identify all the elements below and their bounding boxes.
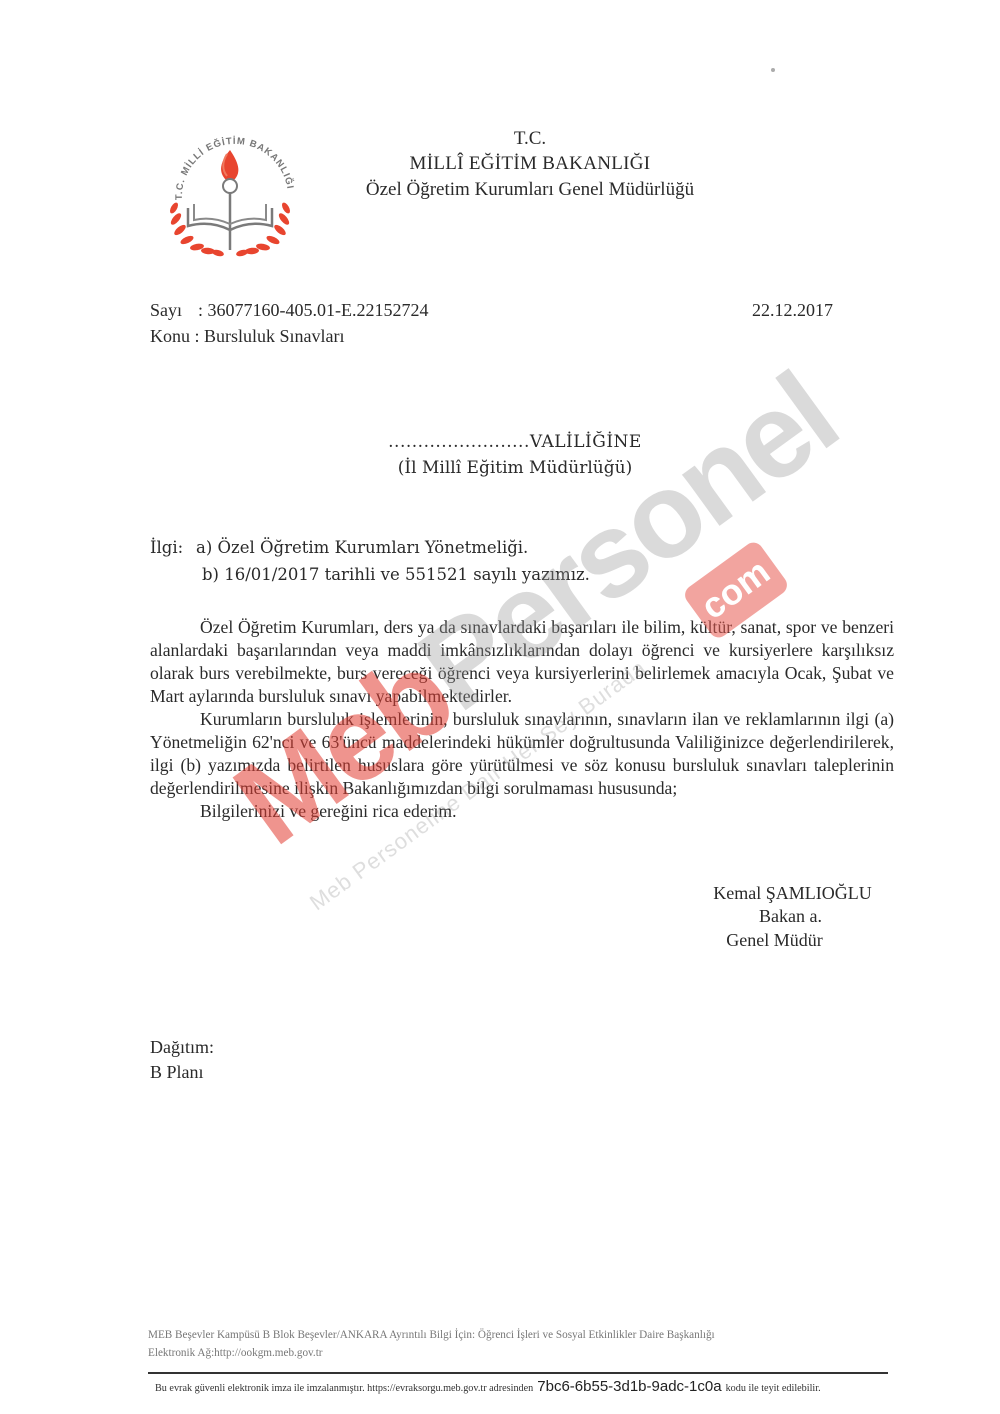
addressee-line2: (İl Millî Eğitim Müdürlüğü)	[330, 458, 700, 478]
body-paragraph-3: Bilgilerinizi ve gereğini rica ederim.	[150, 800, 894, 823]
header-state: T.C.	[330, 128, 730, 150]
document-date: 22.12.2017	[752, 300, 833, 321]
reference-b: b) 16/01/2017 tarihli ve 551521 sayılı y…	[202, 565, 590, 584]
konu-value: : Bursluluk Sınavları	[195, 326, 345, 346]
konu-label: Konu	[150, 326, 190, 346]
footer-verification: Bu evrak güvenli elektronik imza ile imz…	[155, 1378, 821, 1395]
verify-suffix: kodu ile teyit edilebilir.	[726, 1383, 821, 1394]
letter-body: Özel Öğretim Kurumları, ders ya da sınav…	[150, 616, 894, 823]
verify-prefix: Bu evrak güvenli elektronik imza ile imz…	[155, 1383, 533, 1394]
footer-web[interactable]: Elektronik Ağ:http://ookgm.meb.gov.tr	[148, 1347, 323, 1359]
addressee-line1: ........................VALİLİĞİNE	[330, 432, 700, 452]
ministry-logo: T.C. MİLLİ EĞİTİM BAKANLIĞI	[160, 122, 300, 262]
distribution-label: Dağıtım:	[150, 1037, 214, 1058]
footer-address: MEB Beşevler Kampüsü B Blok Beşevler/ANK…	[148, 1329, 715, 1341]
verify-code: 7bc6-6b55-3d1b-9adc-1c0a	[537, 1378, 721, 1395]
scan-speck	[771, 68, 775, 72]
footer-divider	[148, 1372, 888, 1374]
signatory-on-behalf: Bakan a.	[688, 906, 893, 927]
header-directorate: Özel Öğretim Kurumları Genel Müdürlüğü	[330, 179, 730, 201]
reference-a-text: a) Özel Öğretim Kurumları Yönetmeliği.	[196, 538, 528, 557]
document-number: Sayı: 36077160-405.01-E.22152724	[150, 300, 428, 321]
distribution-value: B Planı	[150, 1062, 204, 1083]
reference-label: İlgi:	[150, 538, 196, 557]
reference-a: İlgi:a) Özel Öğretim Kurumları Yönetmeli…	[150, 538, 528, 557]
sayi-label: Sayı	[150, 300, 198, 321]
signatory-name: Kemal ŞAMLIOĞLU	[690, 883, 895, 904]
header-ministry: MİLLÎ EĞİTİM BAKANLIĞI	[330, 153, 730, 175]
document-subject: Konu : Bursluluk Sınavları	[150, 326, 345, 347]
body-paragraph-1: Özel Öğretim Kurumları, ders ya da sınav…	[150, 616, 894, 708]
sayi-value: : 36077160-405.01-E.22152724	[198, 300, 428, 320]
body-paragraph-2: Kurumların bursluluk işlemlerinin, bursl…	[150, 708, 894, 800]
signatory-title: Genel Müdür	[672, 930, 877, 951]
